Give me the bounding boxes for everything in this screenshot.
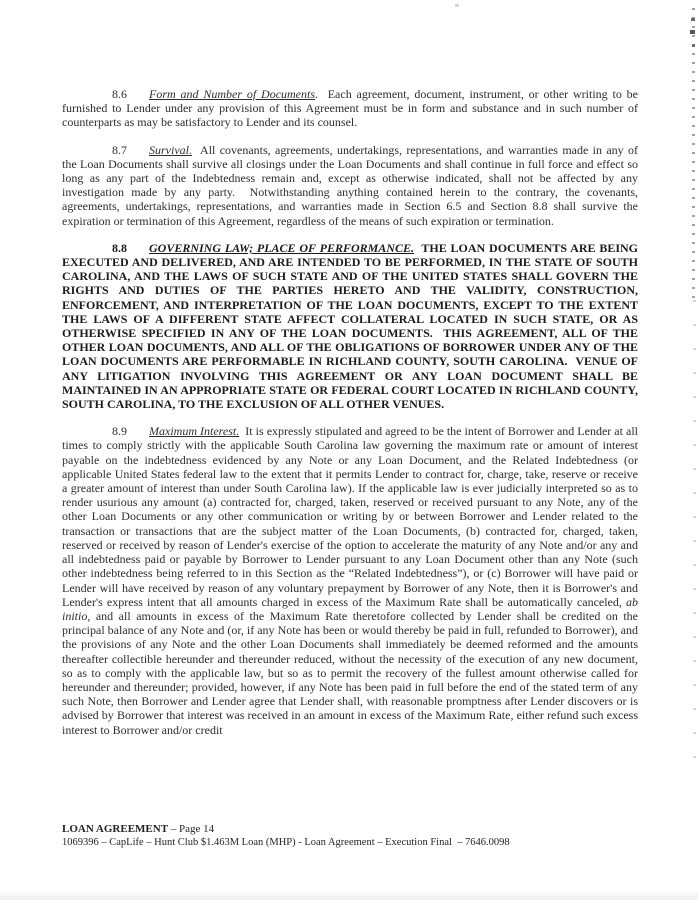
section-8.9-paragraph: 8.9Maximum Interest. It is expressly sti… — [62, 424, 638, 736]
section-8.6-paragraph: 8.6Form and Number of Documents. Each ag… — [62, 87, 638, 130]
page-footer: LOAN AGREEMENT – Page 14 1069396 – CapLi… — [62, 823, 510, 849]
scan-speck — [691, 18, 695, 21]
body-text: , and all amounts in excess of the Maxim… — [62, 609, 638, 737]
scan-noise-strip — [693, 300, 696, 760]
body-text: THE LOAN DOCUMENTS ARE BEING EXECUTED AN… — [62, 241, 638, 411]
section-heading: Survival. — [149, 143, 192, 157]
footer-page-number: – Page 14 — [168, 823, 214, 835]
document-body: 8.6Form and Number of Documents. Each ag… — [62, 87, 638, 750]
section-number: 8.9 — [112, 424, 127, 438]
scan-speck — [455, 4, 459, 7]
footer-line-1: LOAN AGREEMENT – Page 14 — [62, 823, 510, 836]
section-number: 8.7 — [112, 143, 127, 157]
scan-speck — [690, 30, 695, 34]
footer-file-reference: 1069396 – CapLife – Hunt Club $1.463M Lo… — [62, 836, 510, 849]
body-text: It is expressly stipulated and agreed to… — [62, 424, 638, 608]
section-8.7-paragraph: 8.7Survival. All covenants, agreements, … — [62, 143, 638, 228]
section-8.8-paragraph: 8.8GOVERNING LAW; PLACE OF PERFORMANCE. … — [62, 241, 638, 411]
footer-document-title: LOAN AGREEMENT — [62, 823, 168, 835]
scan-speck — [692, 44, 695, 47]
section-number: 8.8 — [112, 241, 127, 255]
section-heading: Form and Number of Documents — [149, 87, 315, 101]
section-heading: Maximum Interest. — [149, 424, 239, 438]
section-number: 8.6 — [112, 87, 127, 101]
scanned-document-page: 8.6Form and Number of Documents. Each ag… — [0, 0, 698, 900]
section-heading: GOVERNING LAW; PLACE OF PERFORMANCE. — [149, 241, 414, 255]
scanner-edge-shadow — [0, 892, 698, 900]
scan-noise-strip — [692, 8, 695, 298]
